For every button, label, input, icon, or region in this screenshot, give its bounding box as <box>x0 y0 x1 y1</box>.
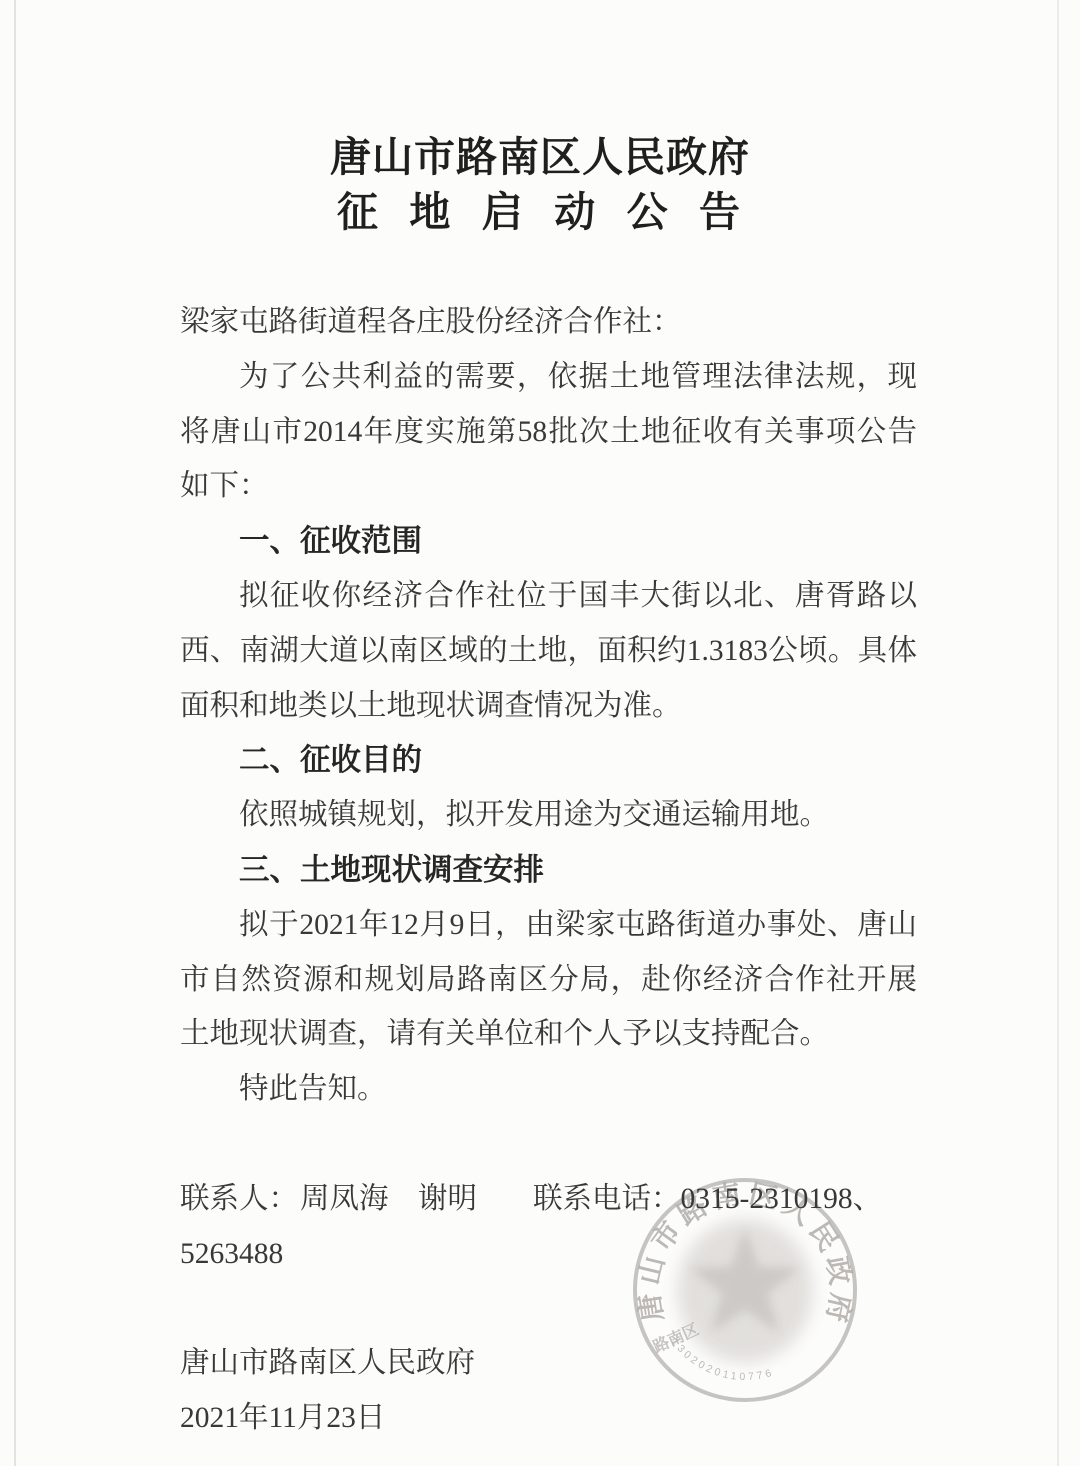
contact-line: 联系人：周凤海 谢明联系电话：0315-2310198、5263488 <box>180 1172 917 1282</box>
document-body: 梁家屯路街道程各庄股份经济合作社： 为了公共利益的需要，依据土地管理法律法规，现… <box>180 295 917 1446</box>
closing-line: 特此告知。 <box>180 1062 917 1117</box>
contact-persons: 周凤海 谢明 <box>300 1183 477 1215</box>
announcement-title: 征 地 启 动 公 告 <box>0 184 1080 240</box>
announcement-document: 唐山市路南区人民政府 征 地 启 动 公 告 梁家屯路街道程各庄股份经济合作社：… <box>0 0 1080 1466</box>
issuer-signature: 唐山市路南区人民政府 <box>180 1336 917 1391</box>
issuing-authority-title: 唐山市路南区人民政府 <box>0 130 1080 184</box>
section-heading-1: 一、征收范围 <box>180 514 917 569</box>
contact-person-label: 联系人： <box>180 1183 298 1215</box>
section-1-paragraph: 拟征收你经济合作社位于国丰大街以北、唐胥路以西、南湖大道以南区域的土地，面积约1… <box>180 569 917 733</box>
contact-phone-label: 联系电话： <box>533 1183 681 1215</box>
section-3-paragraph: 拟于2021年12月9日，由梁家屯路街道办事处、唐山市自然资源和规划局路南区分局… <box>180 898 917 1062</box>
section-heading-2: 二、征收目的 <box>180 733 917 788</box>
title-block: 唐山市路南区人民政府 征 地 启 动 公 告 <box>0 130 1080 240</box>
addressee-line: 梁家屯路街道程各庄股份经济合作社： <box>180 295 917 350</box>
section-heading-3: 三、土地现状调查安排 <box>180 843 917 898</box>
intro-paragraph: 为了公共利益的需要，依据土地管理法律法规，现将唐山市2014年度实施第58批次土… <box>180 350 917 514</box>
issue-date: 2021年11月23日 <box>180 1391 917 1446</box>
section-2-paragraph: 依照城镇规划，拟开发用途为交通运输用地。 <box>180 788 917 843</box>
